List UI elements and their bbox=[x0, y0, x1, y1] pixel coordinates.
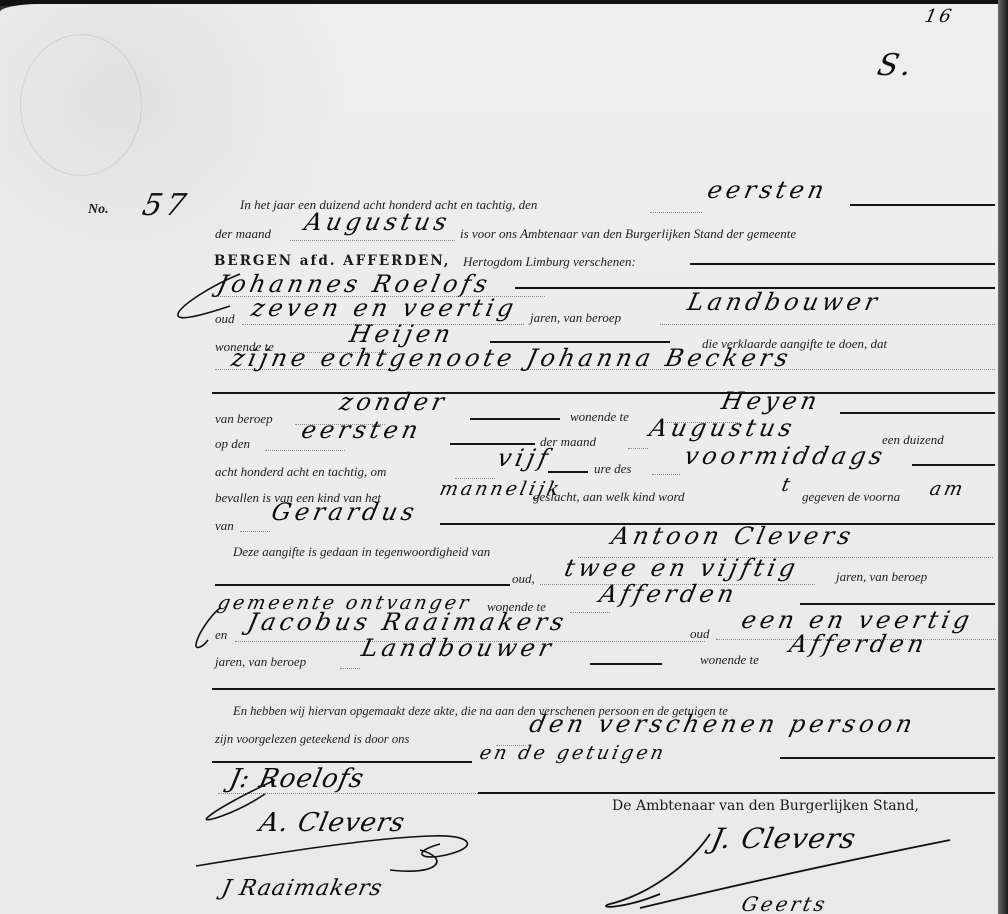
printed-ure-des: ure des bbox=[594, 461, 631, 477]
printed-oud: oud bbox=[215, 311, 235, 327]
printed-van: van bbox=[215, 518, 234, 534]
field-voornaam-suffix: am bbox=[928, 478, 968, 500]
fill-rule bbox=[850, 204, 995, 206]
printed-gegeven: gegeven de voorna bbox=[802, 489, 900, 505]
fill-rule bbox=[800, 603, 995, 605]
printed-ambtenaar: is voor ons Ambtenaar van den Burgerlijk… bbox=[460, 226, 796, 242]
printed-en: en bbox=[215, 627, 227, 643]
printed-der-maand: der maand bbox=[215, 226, 271, 242]
faded-stamp bbox=[20, 34, 142, 176]
record-number: 57 bbox=[139, 188, 193, 223]
field-time-of-day: voormiddags bbox=[682, 442, 889, 470]
field-word-suffix: t bbox=[780, 474, 795, 496]
field-birth-month: Augustus bbox=[647, 414, 798, 442]
field-witness1-age: twee en vijftig bbox=[562, 554, 802, 582]
field-mother-line: zijne echtgenoote Johanna Beckers bbox=[229, 344, 795, 372]
register-page: 16 S. No. 57 In het jaar een duizend ach… bbox=[0, 4, 1000, 914]
field-mother-residence: Heyen bbox=[719, 387, 823, 415]
field-witness1-name: Antoon Clevers bbox=[609, 522, 857, 550]
separator-rule bbox=[212, 688, 995, 690]
dotted-fill bbox=[652, 474, 680, 475]
field-witness2-name: Jacobus Raaimakers bbox=[245, 608, 570, 636]
printed-van-beroep: van beroep bbox=[215, 411, 273, 427]
field-birth-hour: vijf bbox=[495, 444, 555, 472]
dotted-fill bbox=[628, 448, 648, 449]
signature-witness2: J Raaimakers bbox=[219, 876, 385, 901]
printed-hertogdom: Hertogdom Limburg verschenen: bbox=[463, 254, 636, 270]
printed-acht-honderd: acht honderd acht en tachtig, om bbox=[215, 464, 386, 480]
printed-wonende-te-2: wonende te bbox=[570, 409, 629, 425]
separator-rule bbox=[212, 392, 995, 394]
fill-rule bbox=[215, 584, 510, 586]
dotted-fill bbox=[650, 212, 702, 213]
dotted-fill bbox=[660, 324, 995, 325]
signature-partial-bottom: Geerts bbox=[739, 892, 830, 914]
printed-op-den: op den bbox=[215, 436, 250, 452]
fill-rule bbox=[490, 341, 670, 343]
dotted-fill bbox=[340, 668, 360, 669]
fill-rule bbox=[912, 464, 995, 466]
field-day: eersten bbox=[705, 176, 830, 204]
printed-oud-2: oud, bbox=[512, 571, 535, 587]
fill-rule bbox=[548, 471, 588, 473]
dotted-fill bbox=[265, 450, 345, 451]
record-number-label: No. bbox=[88, 202, 109, 218]
folio-mark: S. bbox=[874, 48, 918, 83]
dotted-fill bbox=[570, 612, 610, 613]
field-month: Augustus bbox=[302, 208, 453, 236]
field-signed-by-1: den verschenen persoon bbox=[527, 710, 919, 738]
field-declarant-occupation: Landbouwer bbox=[685, 288, 884, 316]
printed-jaren-beroep-2: jaren, van beroep bbox=[836, 569, 927, 585]
printed-een-duizend: een duizend bbox=[882, 432, 944, 448]
printed-deze-aangifte: Deze aangifte is gedaan in tegenwoordigh… bbox=[233, 544, 490, 560]
field-declarant-age: zeven en veertig bbox=[249, 294, 520, 322]
fill-rule bbox=[780, 757, 995, 759]
fill-rule bbox=[840, 412, 995, 414]
field-witness2-residence: Afferden bbox=[787, 630, 930, 658]
fill-rule bbox=[590, 663, 662, 665]
field-signed-by-2: en de getuigen bbox=[478, 742, 669, 764]
field-mother-occupation: zonder bbox=[337, 388, 451, 416]
fill-rule bbox=[690, 263, 995, 265]
official-title: De Ambtenaar van den Burgerlijken Stand, bbox=[612, 798, 919, 814]
fill-rule bbox=[212, 761, 472, 763]
field-witness2-occupation: Landbouwer bbox=[359, 634, 558, 662]
field-birth-day: eersten bbox=[299, 416, 424, 444]
printed-jaren-beroep: jaren, van beroep bbox=[530, 310, 621, 326]
printed-jaren-beroep-3: jaren, van beroep bbox=[215, 654, 306, 670]
printed-wonende-te-4: wonende te bbox=[700, 652, 759, 668]
dotted-fill bbox=[240, 531, 270, 532]
signature-flourish bbox=[190, 824, 490, 884]
printed-geslacht: geslacht, aan welk kind word bbox=[533, 489, 685, 505]
field-child-name: Gerardus bbox=[269, 498, 421, 526]
scan-right-edge bbox=[998, 0, 1008, 914]
separator-rule bbox=[478, 792, 995, 794]
printed-closing-2: zijn voorgelezen geteekend is door ons bbox=[215, 732, 409, 747]
printed-oud-3: oud bbox=[690, 626, 710, 642]
fill-rule bbox=[470, 418, 560, 420]
dotted-fill bbox=[290, 240, 455, 241]
field-witness1-residence: Afferden bbox=[597, 580, 740, 608]
page-number: 16 bbox=[923, 6, 956, 27]
